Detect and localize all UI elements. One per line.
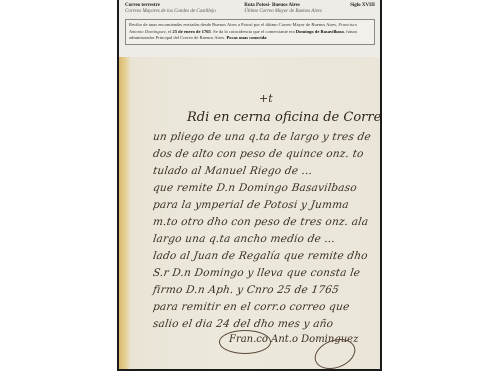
manuscript-line: firmo D.n Aph. y Cnro 25 de 1765: [152, 284, 340, 296]
description-text: . Se da la coincidencia que el comercian…: [211, 29, 296, 34]
caption-description: Recibo de unas encomiendas enviadas desd…: [125, 19, 375, 45]
manuscript-line: salio el dia 24 del dho mes y año: [152, 318, 334, 330]
manuscript-line: m.to otro dho con peso de tres onz. ala: [152, 216, 369, 228]
manuscript-line: para la ymperial de Potosi y Jumma: [152, 199, 349, 211]
description-text: Recibo de unas encomiendas enviadas desd…: [129, 22, 338, 27]
signature-flourish: [219, 330, 271, 354]
manuscript-line: largo una q.ta ancho medio de ...: [152, 233, 336, 245]
manuscript-line: tulado al Manuel Riego de ...: [152, 165, 313, 177]
description-merchant: Domingo de Basavilbaso: [296, 29, 344, 34]
century-label: Siglo XVIII: [350, 3, 375, 15]
manuscript-mark: +t: [259, 92, 273, 105]
caption-category: Correo terrestre Correos Mayores de los …: [125, 3, 216, 15]
manuscript-heading: Rdi en cerna oficina de Correo: [187, 110, 382, 125]
manuscript-line: S.r D.n Domingo y lleva que consta le: [152, 267, 361, 279]
catalog-caption: Correo terrestre Correos Mayores de los …: [119, 0, 380, 57]
caption-route: Ruta Potosí- Buenos Aires Último Correo …: [244, 3, 321, 15]
manuscript-line: un pliego de una q.ta de largo y tres de: [152, 131, 372, 143]
category-subtitle: Correos Mayores de los Condes de Castill…: [125, 9, 216, 15]
route-subtitle: Último Correo Mayor de Buenos Aires: [244, 9, 321, 15]
manuscript-line: dos de alto con peso de quince onz. to: [152, 148, 364, 160]
manuscript-line: que remite D.n Domingo Basavilbaso: [152, 182, 357, 194]
description-note: Pocas unas conocida: [226, 35, 266, 40]
manuscript-line: lado al Juan de Regalía que remite dho: [152, 250, 368, 262]
manuscript-line: para remitir en el corr.o correo que: [152, 301, 350, 313]
caption-header-row: Correo terrestre Correos Mayores de los …: [125, 3, 375, 15]
description-date: 25 de enero de 1765: [172, 29, 210, 34]
document-frame: Correo terrestre Correos Mayores de los …: [117, 0, 382, 371]
